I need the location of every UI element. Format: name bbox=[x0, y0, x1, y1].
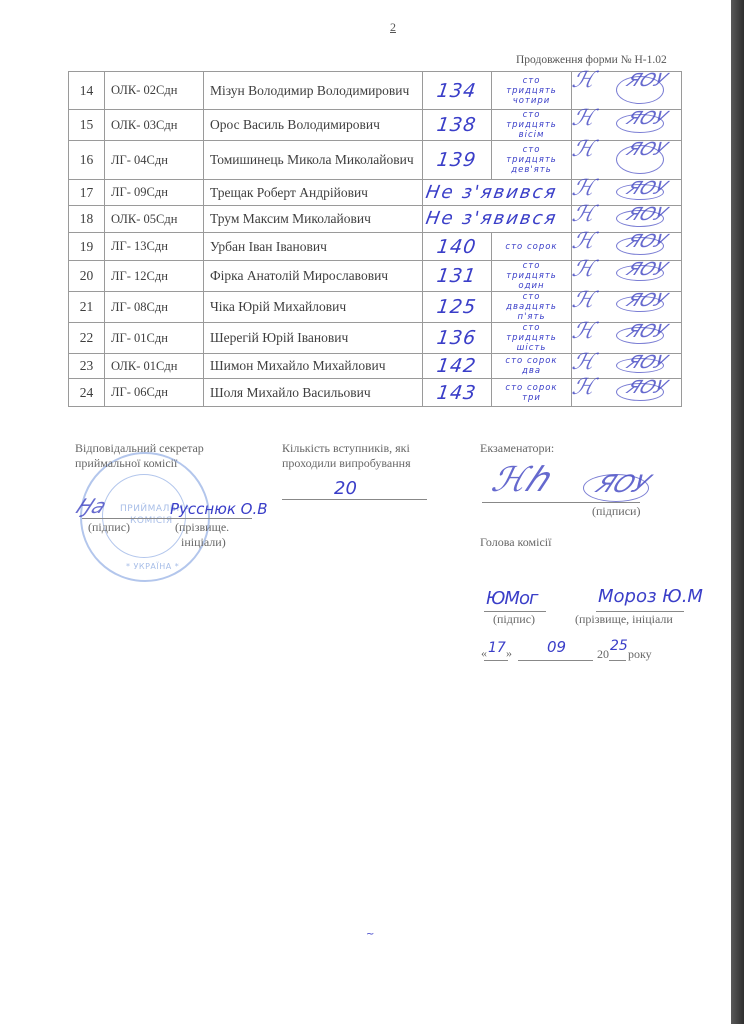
score-cell: 143 bbox=[423, 379, 492, 407]
date-month-line bbox=[518, 660, 593, 661]
date-day-line bbox=[484, 660, 508, 661]
secretary-signature-line bbox=[82, 518, 252, 519]
score-value: 134 bbox=[436, 80, 478, 102]
score-words-cell: сто тридцять чотири bbox=[492, 72, 572, 110]
row-number: 22 bbox=[69, 323, 105, 354]
examiners-signature-line bbox=[482, 502, 640, 503]
row-number: 23 bbox=[69, 354, 105, 379]
score-value: 139 bbox=[436, 149, 478, 171]
applicant-code: ЛГ- 06Сдн bbox=[105, 379, 204, 407]
score-words-cell: сто тридцять один bbox=[492, 261, 572, 292]
examiner-signature-1: ℋ bbox=[568, 137, 601, 162]
row-number: 18 bbox=[69, 206, 105, 233]
examiner-signature-1: ℋ bbox=[568, 319, 601, 344]
secretary-surname: Русснюк О.В bbox=[170, 500, 268, 518]
row-number: 14 bbox=[69, 72, 105, 110]
applicant-code: ОЛК- 05Сдн bbox=[105, 206, 204, 233]
score-words-cell: сто тридцять шість bbox=[492, 323, 572, 354]
examiners-caption: (підписи) bbox=[592, 504, 640, 519]
score-value: 142 bbox=[436, 355, 478, 377]
examiner-signature-2: ЯОУ bbox=[623, 321, 670, 342]
ink-mark: ~ bbox=[366, 929, 374, 940]
score-cell: 138 bbox=[423, 110, 492, 141]
examiner-signature-1: ℋ bbox=[568, 257, 601, 282]
date-day: 17 bbox=[488, 640, 506, 656]
table-row: 24ЛГ- 06СднШоля Михайло Васильович143сто… bbox=[69, 379, 682, 407]
score-cell: 134 bbox=[423, 72, 492, 110]
examiner-signature-1: ℋℎ bbox=[486, 460, 560, 500]
row-number: 20 bbox=[69, 261, 105, 292]
applicant-name: Трещак Роберт Андрійович bbox=[204, 180, 423, 206]
score-words-cell: сто сорок два bbox=[492, 354, 572, 379]
date-year-line bbox=[609, 660, 626, 661]
score-in-words: сто тридцять чотири bbox=[498, 76, 565, 106]
score-value: 143 bbox=[436, 382, 478, 404]
table-row: 14ОЛК- 02СднМізун Володимир Володимирови… bbox=[69, 72, 682, 110]
examiner-signatures-cell: ℋЯОУ bbox=[572, 323, 682, 354]
date-quote-open: « bbox=[481, 646, 487, 661]
examiner-signatures-cell: ℋЯОУ bbox=[572, 379, 682, 407]
stamp-bottom-text: * УКРАЇНА * bbox=[126, 562, 179, 571]
score-in-words: сто тридцять дев'ять bbox=[498, 145, 565, 175]
date-month: 09 bbox=[547, 638, 566, 656]
examiner-signature-2: ЯОУ bbox=[623, 377, 670, 398]
applicant-name: Чіка Юрій Михайлович bbox=[204, 292, 423, 323]
table-row: 20ЛГ- 12СднФірка Анатолій Мирославович13… bbox=[69, 261, 682, 292]
surname-caption: (прізвище. bbox=[175, 520, 229, 535]
signature-caption: (підпис) bbox=[88, 520, 130, 535]
chair-label: Голова комісії bbox=[480, 535, 551, 550]
score-in-words: сто тридцять шість bbox=[498, 323, 565, 353]
date-year-suffix: 25 bbox=[610, 638, 628, 654]
applicant-name: Мізун Володимир Володимирович bbox=[204, 72, 423, 110]
examiner-signature-1: ℋ bbox=[568, 375, 601, 400]
examiner-signature-2: ЯОУ bbox=[623, 352, 670, 373]
examiner-signature-2: ЯОУ bbox=[623, 259, 670, 280]
row-number: 15 bbox=[69, 110, 105, 141]
score-cell: 131 bbox=[423, 261, 492, 292]
results-table: 14ОЛК- 02СднМізун Володимир Володимирови… bbox=[68, 71, 682, 407]
applicant-code: ОЛК- 03Сдн bbox=[105, 110, 204, 141]
examiner-signature-1: ℋ bbox=[568, 229, 601, 254]
score-in-words: сто тридцять вісім bbox=[498, 110, 565, 140]
absent-cell: Не з'явився bbox=[423, 206, 572, 233]
applicant-code: ЛГ- 13Сдн bbox=[105, 233, 204, 261]
score-value: 138 bbox=[436, 114, 478, 136]
applicant-code: ЛГ- 12Сдн bbox=[105, 261, 204, 292]
row-number: 21 bbox=[69, 292, 105, 323]
examiner-signature-2: ЯОУ bbox=[623, 178, 670, 199]
examiner-signatures-cell: ℋЯОУ bbox=[572, 292, 682, 323]
examiner-signature-1: ℋ bbox=[568, 106, 601, 131]
page-number: 2 bbox=[390, 20, 396, 35]
form-continuation-note: Продовження форми № Н-1.02 bbox=[516, 54, 667, 66]
examiner-signature-2: ЯОУ bbox=[623, 290, 670, 311]
table-row: 21ЛГ- 08СднЧіка Юрій Михайлович125сто дв… bbox=[69, 292, 682, 323]
score-cell: 142 bbox=[423, 354, 492, 379]
applicant-name: Фірка Анатолій Мирославович bbox=[204, 261, 423, 292]
examiner-signature-1: ℋ bbox=[568, 350, 601, 375]
score-value: 140 bbox=[436, 236, 478, 258]
chair-surname: Мороз Ю.М bbox=[598, 586, 703, 607]
absent-mark: Не з'явився bbox=[424, 182, 559, 203]
score-value: 131 bbox=[436, 265, 478, 287]
row-number: 24 bbox=[69, 379, 105, 407]
score-cell: 139 bbox=[423, 141, 492, 180]
secretary-label: Відповідальний секретар bbox=[75, 441, 204, 456]
score-words-cell: сто тридцять вісім bbox=[492, 110, 572, 141]
examiner-signature-1: ℋ bbox=[568, 288, 601, 313]
score-value: 125 bbox=[436, 296, 478, 318]
score-in-words: сто тридцять один bbox=[498, 261, 565, 291]
score-in-words: сто двадцять п'ять bbox=[498, 292, 565, 322]
score-in-words: сто сорок два bbox=[498, 356, 565, 376]
count-label: Кількість вступників, які bbox=[282, 441, 410, 456]
examiner-signature-1: ℋ bbox=[568, 68, 601, 93]
applicant-name: Шоля Михайло Васильович bbox=[204, 379, 423, 407]
count-line bbox=[282, 499, 427, 500]
date-quote-close: » bbox=[506, 646, 512, 661]
score-cell: 140 bbox=[423, 233, 492, 261]
applicant-code: ОЛК- 01Сдн bbox=[105, 354, 204, 379]
chair-surname-caption: (прізвище, ініціали bbox=[575, 612, 673, 627]
score-in-words: сто сорок bbox=[498, 242, 565, 252]
applicant-name: Трум Максим Миколайович bbox=[204, 206, 423, 233]
applicant-name: Шимон Михайло Михайлович bbox=[204, 354, 423, 379]
examiner-signatures-cell: ℋЯОУ bbox=[572, 141, 682, 180]
chair-signature: ЮМог bbox=[486, 588, 537, 609]
examiner-signatures-cell: ℋЯОУ bbox=[572, 261, 682, 292]
applicant-name: Урбан Іван Іванович bbox=[204, 233, 423, 261]
examiners-label: Екзаменатори: bbox=[480, 441, 554, 456]
score-words-cell: сто двадцять п'ять bbox=[492, 292, 572, 323]
score-cell: 136 bbox=[423, 323, 492, 354]
chair-signature-caption: (підпис) bbox=[493, 612, 535, 627]
examiner-signature-1: ℋ bbox=[568, 176, 601, 201]
surname-caption-2: ініціали) bbox=[181, 535, 226, 550]
score-words-cell: сто сорок три bbox=[492, 379, 572, 407]
score-words-cell: сто сорок bbox=[492, 233, 572, 261]
examiner-signature-2: ЯОУ bbox=[623, 108, 670, 129]
absent-cell: Не з'явився bbox=[423, 180, 572, 206]
secretary-label-2: приймальної комісії bbox=[75, 456, 177, 471]
applicant-code: ЛГ- 04Сдн bbox=[105, 141, 204, 180]
table-row: 22ЛГ- 01СднШерегій Юрій Іванович136сто т… bbox=[69, 323, 682, 354]
row-number: 16 bbox=[69, 141, 105, 180]
examiner-signature-2: ЯОУ bbox=[623, 231, 670, 252]
applicant-code: ЛГ- 01Сдн bbox=[105, 323, 204, 354]
examiner-signature-1: ℋ bbox=[568, 202, 601, 227]
applicant-code: ОЛК- 02Сдн bbox=[105, 72, 204, 110]
date-word: року bbox=[628, 647, 652, 662]
score-words-cell: сто тридцять дев'ять bbox=[492, 141, 572, 180]
date-year-prefix: 20 bbox=[597, 647, 609, 662]
scan-edge bbox=[731, 0, 744, 1024]
applicant-code: ЛГ- 09Сдн bbox=[105, 180, 204, 206]
row-number: 19 bbox=[69, 233, 105, 261]
score-in-words: сто сорок три bbox=[498, 383, 565, 403]
examiner-signatures-cell: ℋЯОУ bbox=[572, 72, 682, 110]
applicant-name: Томишинець Микола Миколайович bbox=[204, 141, 423, 180]
examiner-signature-2: ЯОУ bbox=[623, 204, 670, 225]
absent-mark: Не з'явився bbox=[424, 208, 559, 229]
count-value: 20 bbox=[334, 478, 357, 499]
row-number: 17 bbox=[69, 180, 105, 206]
table-row: 15ОЛК- 03СднОрос Василь Володимирович138… bbox=[69, 110, 682, 141]
count-label-2: проходили випробування bbox=[282, 456, 411, 471]
score-value: 136 bbox=[436, 327, 478, 349]
applicant-name: Орос Василь Володимирович bbox=[204, 110, 423, 141]
score-cell: 125 bbox=[423, 292, 492, 323]
applicant-name: Шерегій Юрій Іванович bbox=[204, 323, 423, 354]
applicant-code: ЛГ- 08Сдн bbox=[105, 292, 204, 323]
examiner-signatures-cell: ℋЯОУ bbox=[572, 110, 682, 141]
table-row: 16ЛГ- 04СднТомишинець Микола Миколайович… bbox=[69, 141, 682, 180]
